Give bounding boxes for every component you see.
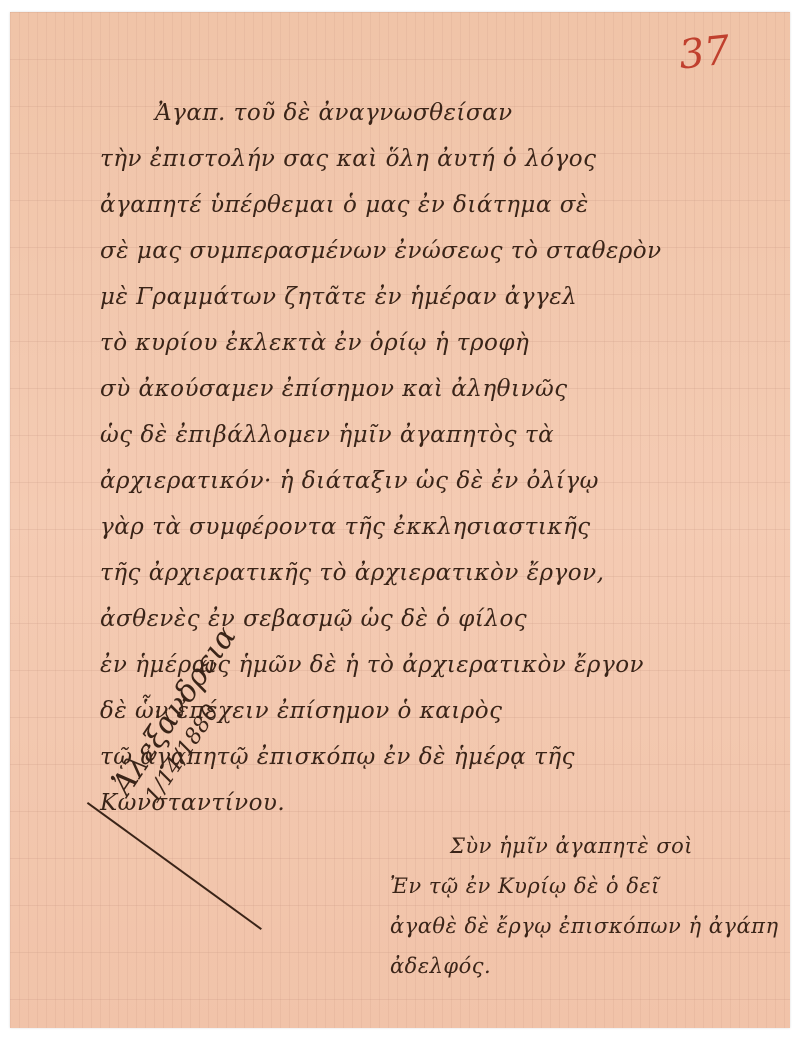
body-line: ὡς δὲ ἐπιβάλλομεν ἡμῖν ἀγαπητὸς τὰ — [100, 422, 554, 448]
body-line: ἀσθενὲς ἐν σεβασμῷ ὡς δὲ ὁ φίλος — [100, 606, 527, 632]
letter-page: 37 Ἀγαπ. τοῦ δὲ ἀναγνωσθείσαν τὴν ἐπιστο… — [10, 12, 790, 1028]
body-line: Ἀγαπ. τοῦ δὲ ἀναγνωσθείσαν — [155, 100, 513, 126]
closing-line: ἀγαθὲ δὲ ἔργῳ ἐπισκόπων ἡ ἀγάπη — [390, 914, 779, 938]
body-line: ἀρχιερατικόν· ἡ διάταξιν ὡς δὲ ἐν ὀλίγῳ — [100, 468, 599, 494]
dateline-underline — [87, 802, 262, 930]
body-line: ἀγαπητέ ὑπέρθεμαι ὁ μας ἐν διάτημα σὲ — [100, 192, 589, 218]
body-line: σὺ ἀκούσαμεν ἐπίσημον καὶ ἀληθινῶς — [100, 376, 568, 402]
closing-line: Ἐν τῷ ἐν Κυρίῳ δὲ ὁ δεῖ — [390, 874, 660, 898]
body-line: γὰρ τὰ συμφέροντα τῆς ἐκκλησιαστικῆς — [100, 514, 591, 540]
closing-line: Σὺν ἡμῖν ἀγαπητὲ σοὶ — [450, 834, 693, 858]
body-line: σὲ μας συμπερασμένων ἐνώσεως τὸ σταθερὸν — [100, 238, 662, 264]
page-number: 37 — [677, 27, 732, 78]
body-line: μὲ Γραμμάτων ζητᾶτε ἐν ἡμέραν ἀγγελ — [100, 284, 577, 310]
body-line: τῆς ἀρχιερατικῆς τὸ ἀρχιερατικὸν ἔργον, — [100, 560, 604, 586]
body-line: τὴν ἐπιστολήν σας καὶ ὅλη ἀυτή ὁ λόγος — [100, 146, 596, 172]
closing-line: ἀδελφός. — [390, 954, 491, 978]
body-line: τὸ κυρίου ἐκλεκτὰ ἐν ὁρίῳ ἡ τροφὴ — [100, 330, 529, 356]
